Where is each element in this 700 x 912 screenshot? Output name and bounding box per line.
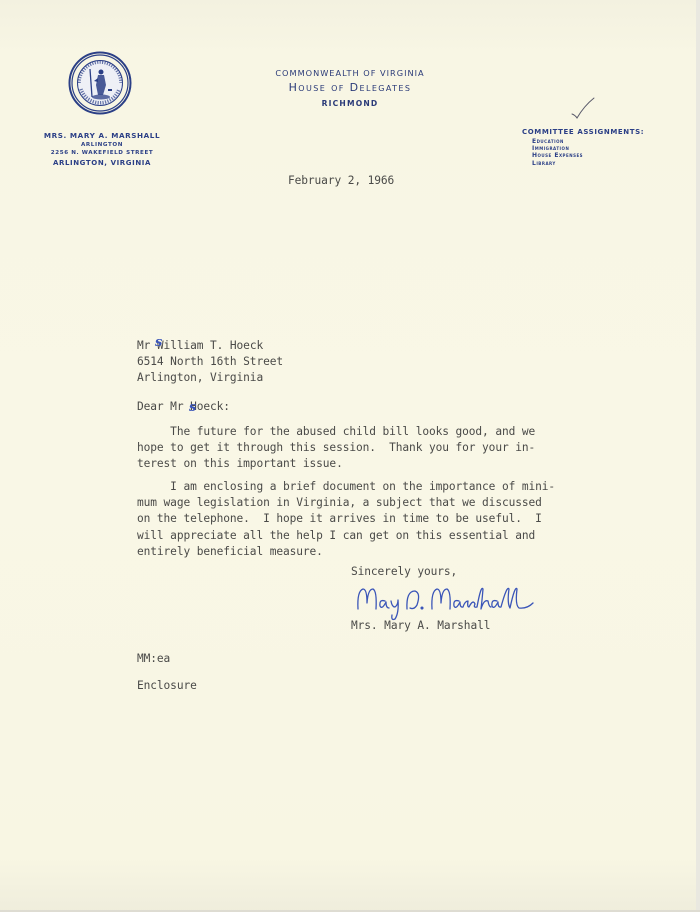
paragraph-line: hope to get it through this session. Tha… [137, 441, 535, 454]
sender-name: MRS. MARY A. MARSHALL [30, 131, 174, 141]
committee-assignments: COMMITTEE ASSIGNMENTS: Education Immigra… [522, 128, 662, 167]
sender-district: ARLINGTON [30, 141, 174, 149]
page-edge-right [696, 0, 700, 912]
closing: Sincerely yours, [351, 565, 457, 578]
committee-item: House Expenses [532, 152, 662, 159]
letterhead-city: RICHMOND [250, 98, 450, 110]
enclosure-notation: Enclosure [137, 679, 197, 692]
salutation: Dear Mrs Hoeck: [137, 400, 230, 413]
body-paragraph-2: I am enclosing a brief document on the i… [137, 479, 555, 560]
paragraph-line: terest on this important issue. [137, 457, 343, 470]
check-icon [570, 96, 596, 120]
handwritten-signature: Mary A. Marshall [355, 583, 545, 623]
letter-date: February 2, 1966 [288, 174, 394, 187]
inside-address: Mrs William T. Hoeck 6514 North 16th Str… [137, 338, 283, 386]
letter-page: MRS. MARY A. MARSHALL ARLINGTON 2256 N. … [0, 0, 700, 912]
committee-title: COMMITTEE ASSIGNMENTS: [522, 128, 662, 137]
salutation-typed: Dear Mr [137, 400, 183, 413]
paragraph-line: on the telephone. I hope it arrives in t… [137, 512, 542, 525]
paragraph-line: The future for the abused child bill loo… [137, 425, 535, 438]
committee-item: Library [532, 160, 662, 167]
committee-item: Immigration [532, 145, 662, 152]
recipient-line-1: Mrs William T. Hoeck [137, 339, 263, 352]
recipient-title-typed: Mr [137, 339, 150, 352]
paragraph-line: entirely beneficial measure. [137, 545, 323, 558]
paragraph-line: mum wage legislation in Virginia, a subj… [137, 496, 542, 509]
body-paragraph-1: The future for the abused child bill loo… [137, 424, 535, 473]
paragraph-line: I am enclosing a brief document on the i… [137, 480, 555, 493]
ink-correction-s: s [189, 400, 196, 415]
recipient-title: Mrs [137, 338, 150, 354]
typed-signer-name: Mrs. Mary A. Marshall [351, 619, 490, 632]
letterhead-house: House of Delegates [250, 80, 450, 96]
virginia-state-seal-icon [68, 51, 132, 115]
recipient-line-3: Arlington, Virginia [137, 371, 263, 384]
sender-city: ARLINGTON, VIRGINIA [30, 158, 174, 168]
letterhead-commonwealth: COMMONWEALTH OF VIRGINIA [250, 67, 450, 79]
sender-street: 2256 N. WAKEFIELD STREET [30, 149, 174, 158]
sender-block: MRS. MARY A. MARSHALL ARLINGTON 2256 N. … [30, 131, 174, 168]
recipient-line-2: 6514 North 16th Street [137, 355, 283, 368]
committee-list: Education Immigration House Expenses Lib… [522, 138, 662, 167]
ink-correction-s: s [155, 335, 162, 351]
reference-initials: MM:ea [137, 652, 170, 665]
paragraph-line: will appreciate all the help I can get o… [137, 529, 535, 542]
salutation-prefix: Dear Mrs [137, 400, 183, 413]
recipient-name: William T. Hoeck [150, 339, 263, 352]
letterhead-title: COMMONWEALTH OF VIRGINIA House of Delega… [250, 67, 450, 110]
committee-item: Education [532, 138, 662, 145]
